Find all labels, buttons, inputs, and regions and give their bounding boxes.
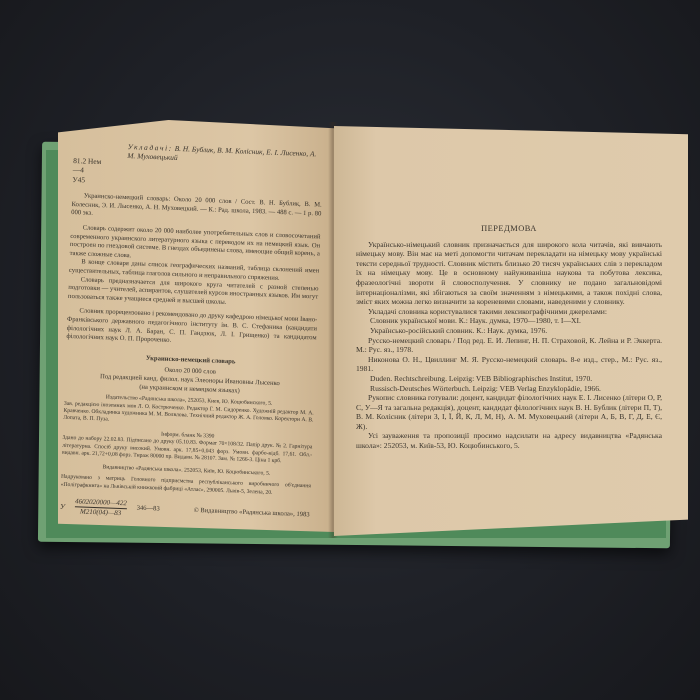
contact-note: Усі зауваження та пропозиції просимо над… bbox=[356, 431, 662, 450]
preface-paragraph-1: Українсько-німецький словник призначаєть… bbox=[356, 240, 662, 307]
authors-note: Рукопис словника готували: доцент, канди… bbox=[356, 393, 662, 431]
source-item: Никонова О. Н., Цвиллинг М. Я. Русско-не… bbox=[356, 355, 662, 374]
source-item: Словник української мови. К.: Наук. думк… bbox=[356, 316, 662, 326]
source-item: Русско-немецкий словарь / Под ред. Е. И.… bbox=[356, 336, 662, 355]
right-page-preface: ПЕРЕДМОВА Українсько-німецький словник п… bbox=[334, 126, 688, 536]
left-page-imprint: 81.2 Нем—4 У45 Укладачі: В. Н. Бублик, В… bbox=[58, 120, 334, 532]
preface-paragraph-2: Укладачі словника користувалися такими л… bbox=[356, 307, 662, 317]
source-item: Russisch-Deutsches Wörterbuch. Leipzig: … bbox=[356, 384, 662, 394]
classification-codes: 81.2 Нем—4 У45 bbox=[72, 140, 106, 185]
compilers: Укладачі: В. Н. Бублик, В. М. Колісник, … bbox=[126, 142, 324, 194]
bibliographic-entry: Украинско-немецкий словарь: Около 20 000… bbox=[71, 192, 322, 227]
preface-heading: ПЕРЕДМОВА bbox=[356, 224, 662, 234]
copyright: © Видавництво «Радянська школа», 1983 bbox=[193, 507, 309, 520]
catalog-fraction: 4602020000—422 М210(04)—83 bbox=[75, 497, 127, 518]
catalog-code-footer: У 4602020000—422 М210(04)—83 346—83 © Ви… bbox=[60, 497, 311, 526]
recommendation: Словник прорецензовано і рекомендовано д… bbox=[66, 307, 317, 351]
source-item: Duden. Rechtschreibung. Leipzig: VEB Bib… bbox=[356, 374, 662, 384]
source-item: Українсько-російський словник. К.: Наук.… bbox=[356, 326, 662, 336]
